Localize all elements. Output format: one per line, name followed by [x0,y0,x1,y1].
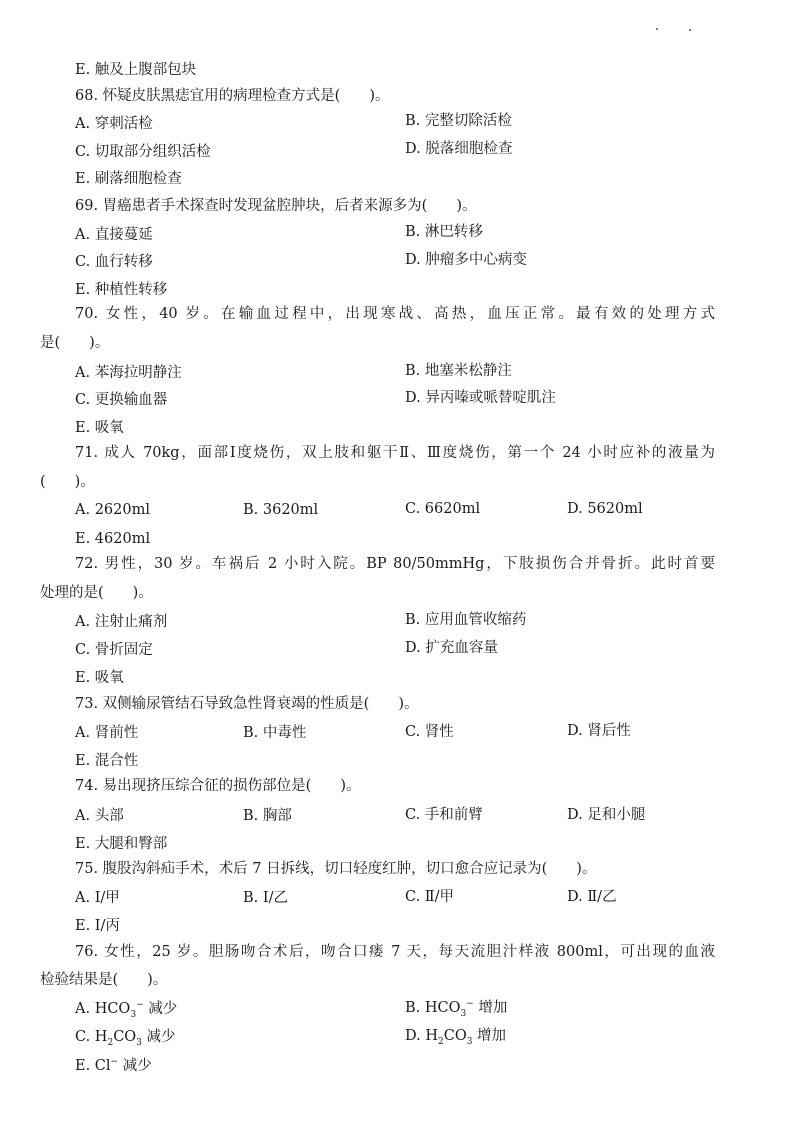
question-69-stem: 69. 胃癌患者手术探查时发现盆腔肿块，后者来源多为( )。 [75,196,476,216]
q75-option-d: D. Ⅱ/乙 [567,887,617,907]
q72-option-e: E. 吸氧 [75,668,124,688]
q69-option-a: A. 直接蔓延 [75,225,153,245]
subscript: 3 [461,1009,467,1019]
q68-option-a: A. 穿刺活检 [75,114,153,134]
q71-option-b: B. 3620ml [243,500,318,520]
q70-option-a: A. 苯海拉明静注 [75,363,182,383]
superscript: − [466,999,474,1009]
question-75-stem: 75. 腹股沟斜疝手术，术后 7 日拆线，切口轻度红肿，切口愈合应记录为( )。 [75,859,596,879]
question-76-stem: 76. 女性，25 岁。胆肠吻合术后，吻合口瘘 7 天，每天流胆汁样液 800m… [75,942,715,962]
q76-option-a: A. HCO3− 减少 [75,999,177,1019]
option-text: B. HCO [405,1000,461,1016]
q75-option-a: A. Ⅰ/甲 [75,888,120,908]
option-text: 减少 [142,1029,176,1045]
question-71-stem-cont: ( )。 [40,472,95,492]
q71-option-a: A. 2620ml [75,500,150,520]
superscript: − [111,1057,119,1067]
q73-option-d: D. 肾后性 [567,721,631,741]
q72-option-b: B. 应用血管收缩药 [405,610,526,630]
q73-option-b: B. 中毒性 [243,723,306,743]
q73-option-a: A. 肾前性 [75,723,138,743]
option-text: C. H [75,1029,107,1045]
q75-option-b: B. Ⅰ/乙 [243,888,288,908]
q71-option-e: E. 4620ml [75,529,150,549]
q74-option-b: B. 胸部 [243,806,292,826]
carry-over-option-e: E. 触及上腹部包块 [75,60,196,80]
question-70-stem: 70. 女性，40 岁。在输血过程中，出现寒战、高热，血压正常。最有效的处理方式 [75,304,715,324]
q72-option-d: D. 扩充血容量 [405,638,498,658]
question-74-stem: 74. 易出现挤压综合征的损伤部位是( )。 [75,776,360,796]
option-text: 减少 [118,1058,152,1074]
option-text: E. Cl [75,1058,111,1074]
superscript: − [136,1000,144,1010]
question-70-stem-cont: 是( )。 [40,333,109,353]
option-text: A. HCO [75,1001,130,1017]
q74-option-c: C. 手和前臂 [405,805,483,825]
q76-option-b: B. HCO3− 增加 [405,998,507,1018]
q76-option-d: D. H2CO3 增加 [405,1026,506,1046]
q75-option-c: C. Ⅱ/甲 [405,887,454,907]
option-text: 增加 [472,1028,506,1044]
q70-option-c: C. 更换输血器 [75,390,167,410]
q74-option-e: E. 大腿和臀部 [75,834,167,854]
option-text: 增加 [474,1000,508,1016]
q76-option-e: E. Cl− 减少 [75,1056,152,1076]
q68-option-b: B. 完整切除活检 [405,111,512,131]
q69-option-d: D. 肿瘤多中心病变 [405,250,527,270]
q74-option-d: D. 足和小腿 [567,805,645,825]
q69-option-c: C. 血行转移 [75,252,153,272]
option-text: 减少 [144,1001,178,1017]
option-text: CO [444,1028,467,1044]
question-68-stem: 68. 怀疑皮肤黑痣宜用的病理检查方式是( )。 [75,86,389,106]
q71-option-c: C. 6620ml [405,499,480,519]
q74-option-a: A. 头部 [75,806,124,826]
question-72-stem: 72. 男性，30 岁。车祸后 2 小时入院。BP 80/50mmHg，下肢损伤… [75,554,715,574]
option-text: CO [113,1029,136,1045]
q69-option-e: E. 种植性转移 [75,280,167,300]
question-72-stem-cont: 处理的是( )。 [40,583,153,603]
q68-option-d: D. 脱落细胞检查 [405,139,512,159]
q72-option-c: C. 骨折固定 [75,640,153,660]
q72-option-a: A. 注射止痛剂 [75,612,167,632]
subscript: 3 [130,1010,136,1020]
q76-option-c: C. H2CO3 减少 [75,1027,176,1047]
q68-option-e: E. 刷落细胞检查 [75,169,182,189]
q68-option-c: C. 切取部分组织活检 [75,142,211,162]
q69-option-b: B. 淋巴转移 [405,222,483,242]
question-71-stem: 71. 成人 70kg，面部Ⅰ度烧伤，双上肢和躯干Ⅱ、Ⅲ度烧伤，第一个 24 小… [75,443,715,463]
q75-option-e: E. Ⅰ/丙 [75,916,120,936]
option-text: D. H [405,1028,438,1044]
q70-option-b: B. 地塞米松静注 [405,361,512,381]
scan-speck [689,29,691,31]
q73-option-c: C. 肾性 [405,722,454,742]
q71-option-d: D. 5620ml [567,499,643,519]
exam-page: E. 触及上腹部包块 68. 怀疑皮肤黑痣宜用的病理检查方式是( )。 A. 穿… [0,0,800,1145]
q73-option-e: E. 混合性 [75,751,138,771]
question-76-stem-cont: 检验结果是( )。 [40,970,167,990]
question-73-stem: 73. 双侧输尿管结石导致急性肾衰竭的性质是( )。 [75,694,418,714]
q70-option-e: E. 吸氧 [75,418,124,438]
q70-option-d: D. 异丙嗪或哌替啶肌注 [405,388,556,408]
scan-speck [656,28,658,30]
